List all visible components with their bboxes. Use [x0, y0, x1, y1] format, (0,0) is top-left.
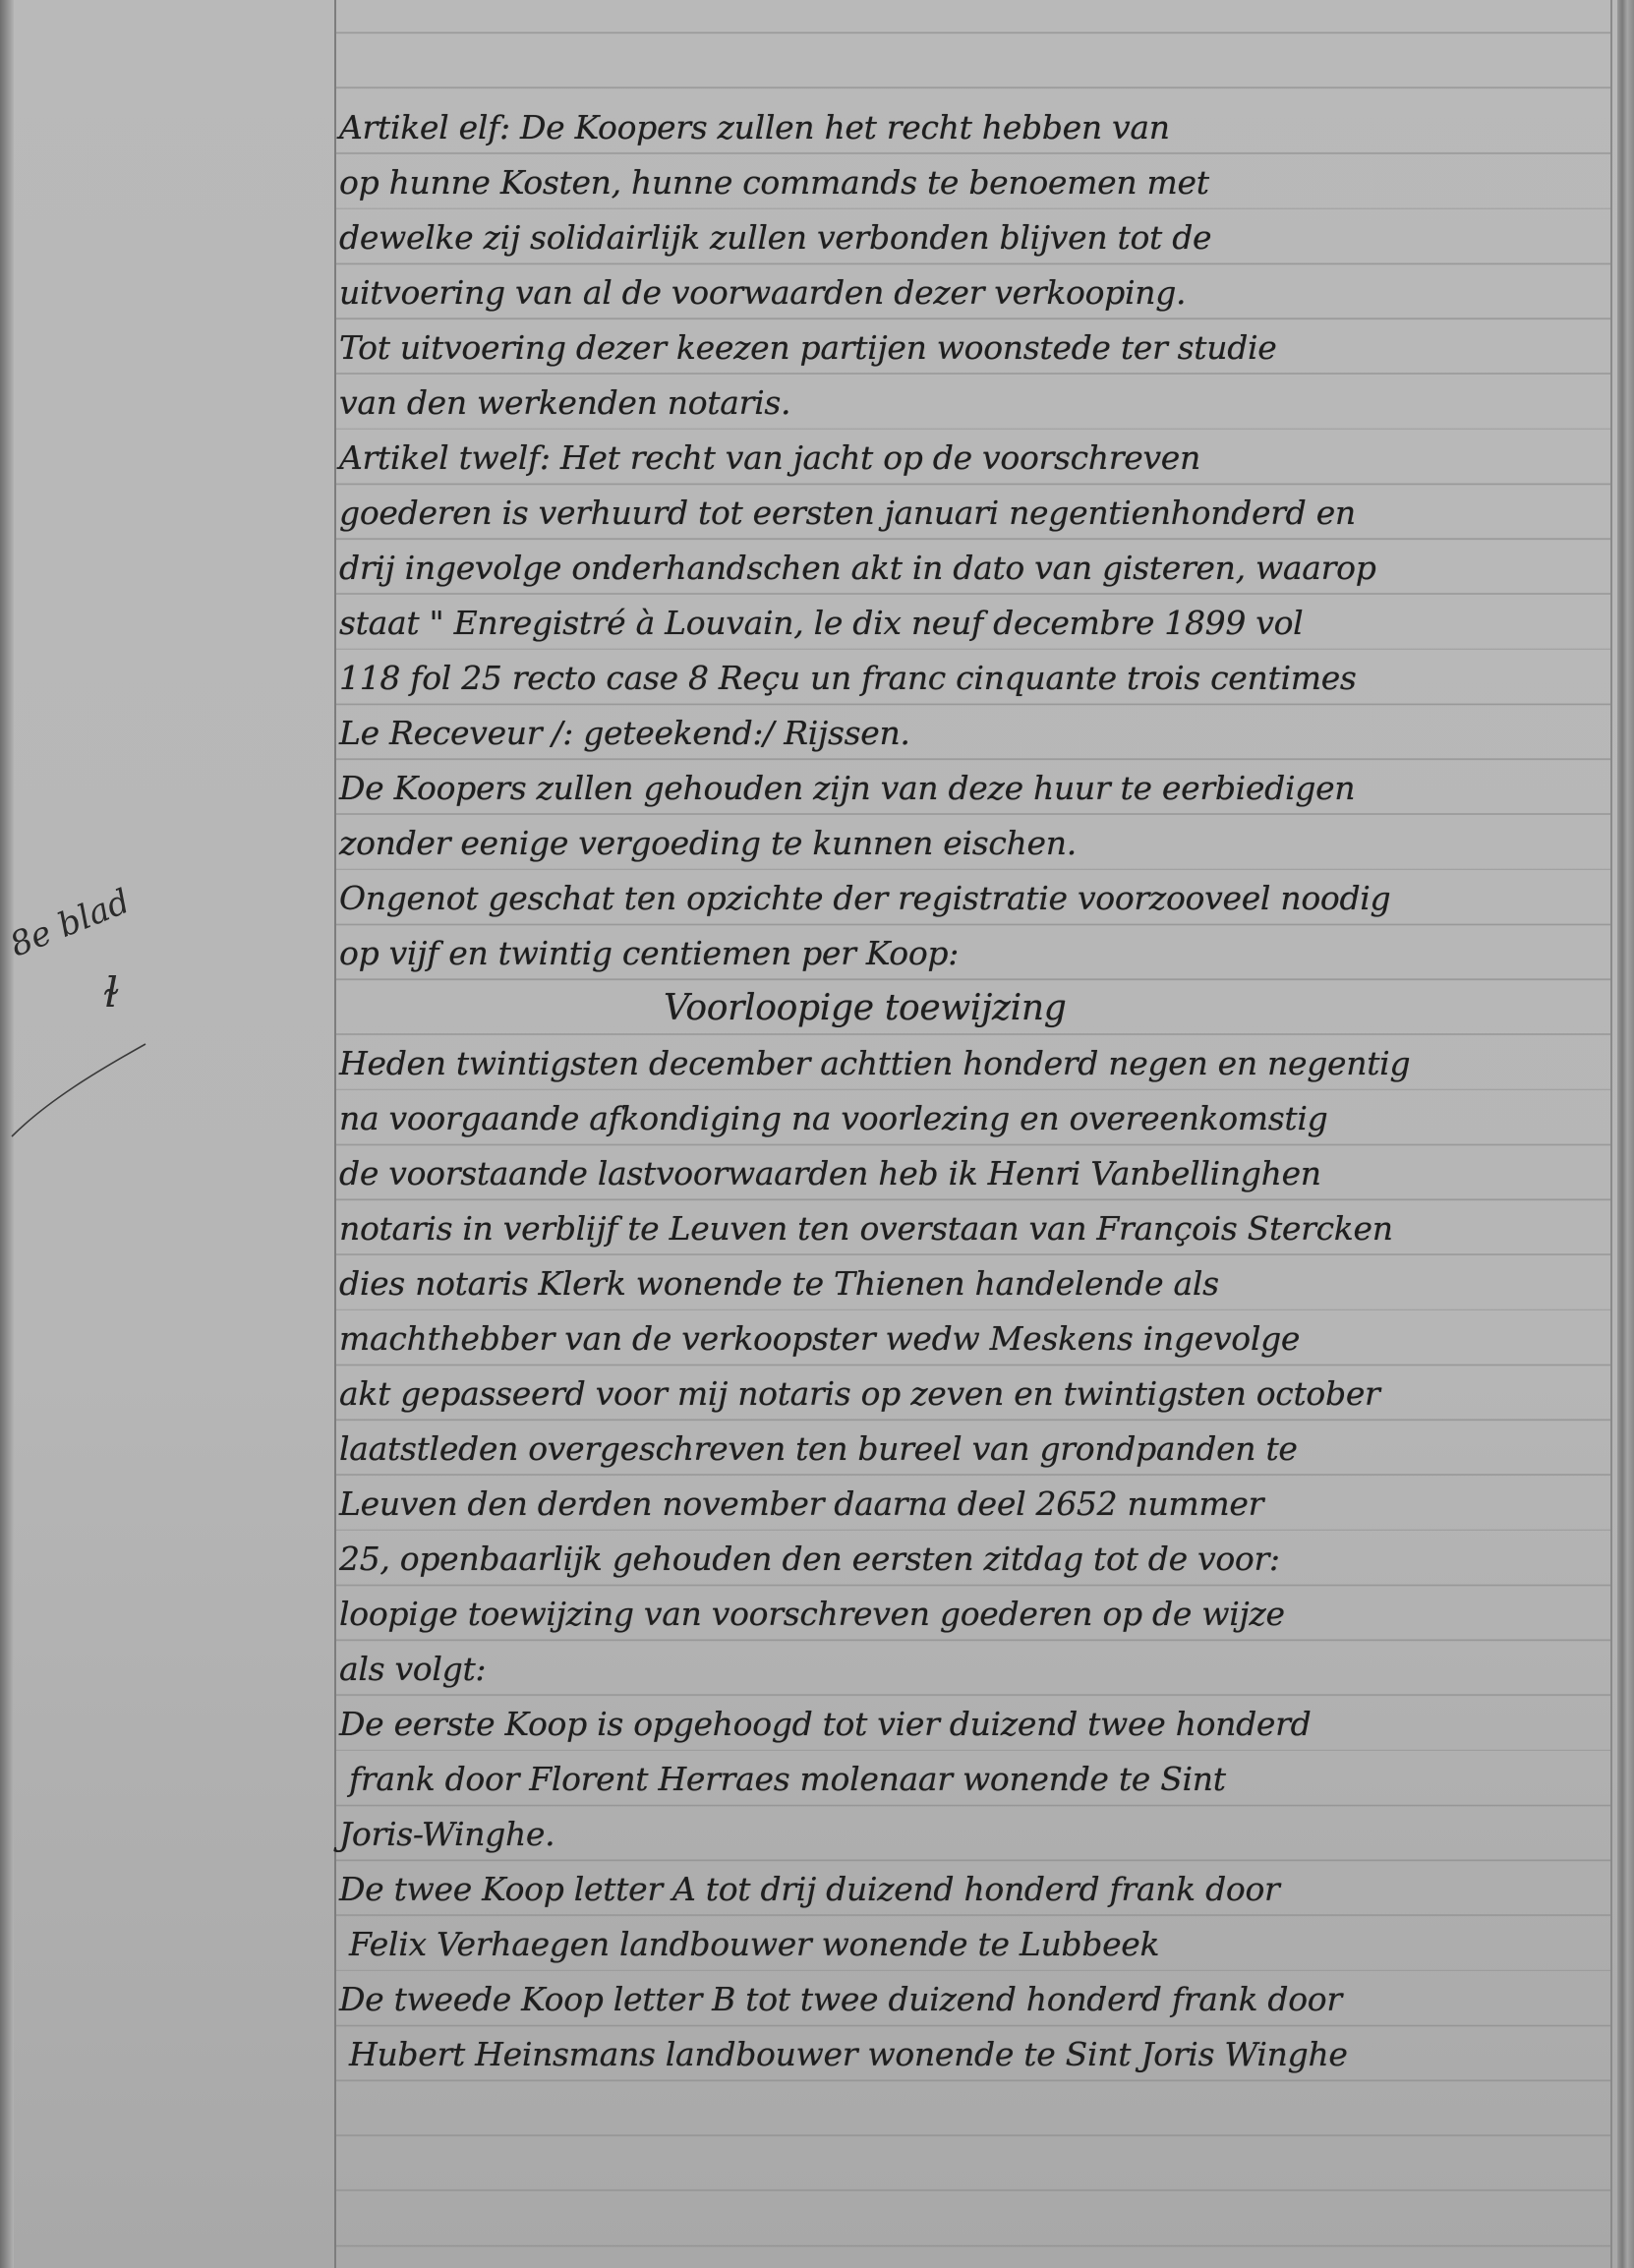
text-line: Hubert Heinsmans landbouwer wonende te S…	[339, 2027, 1607, 2082]
text-line: Joris-Winghe.	[339, 1807, 1607, 1862]
text-line: Heden twintigsten december achttien hond…	[339, 1036, 1607, 1091]
text-line: op hunne Kosten, hunne commands te benoe…	[339, 155, 1607, 210]
text-line: laatstleden overgeschreven ten bureel va…	[339, 1422, 1607, 1477]
text-line: Leuven den derden november daarna deel 2…	[339, 1477, 1607, 1532]
text-line: Artikel elf: De Koopers zullen het recht…	[339, 100, 1607, 155]
text-line: dewelke zij solidairlijk zullen verbonde…	[339, 210, 1607, 265]
register-page: 8e blad ɫ Artikel elf: De Koopers zullen…	[0, 0, 1634, 2268]
text-line: De tweede Koop letter B tot twee duizend…	[339, 1972, 1607, 2027]
margin-rule	[334, 0, 336, 2268]
text-line: loopige toewijzing van voorschreven goed…	[339, 1587, 1607, 1642]
text-line: zonder eenige vergoeding te kunnen eisch…	[339, 816, 1607, 871]
text-line: De Koopers zullen gehouden zijn van deze…	[339, 761, 1607, 816]
text-line: drij ingevolge onderhandschen akt in dat…	[339, 541, 1607, 596]
text-line: notaris in verblijf te Leuven ten overst…	[339, 1201, 1607, 1256]
text-line: staat " Enregistré à Louvain, le dix neu…	[339, 596, 1607, 651]
text-line: De eerste Koop is opgehoogd tot vier dui…	[339, 1697, 1607, 1752]
text-line: Ongenot geschat ten opzichte der registr…	[339, 871, 1607, 926]
right-margin-rule	[1610, 0, 1612, 2268]
page-right-edge	[1617, 0, 1634, 2268]
text-line: goederen is verhuurd tot eersten januari…	[339, 486, 1607, 541]
text-line: Felix Verhaegen landbouwer wonende te Lu…	[339, 1917, 1607, 1972]
text-line: de voorstaande lastvoorwaarden heb ik He…	[339, 1146, 1607, 1201]
text-line: Le Receveur /: geteekend:/ Rijssen.	[339, 706, 1607, 761]
text-line: na voorgaande afkondiging na voorlezing …	[339, 1091, 1607, 1146]
margin-paraph: ɫ	[103, 968, 119, 1017]
text-line: Tot uitvoering dezer keezen partijen woo…	[339, 320, 1607, 376]
text-line: machthebber van de verkoopster wedw Mesk…	[339, 1311, 1607, 1367]
text-line: van den werkenden notaris.	[339, 376, 1607, 431]
text-line: Artikel twelf: Het recht van jacht op de…	[339, 431, 1607, 486]
text-line: op vijf en twintig centiemen per Koop:	[339, 926, 1607, 981]
text-line: 118 fol 25 recto case 8 Reçu un franc ci…	[339, 651, 1607, 706]
text-line: dies notaris Klerk wonende te Thienen ha…	[339, 1256, 1607, 1311]
text-line: uitvoering van al de voorwaarden dezer v…	[339, 265, 1607, 320]
text-line: als volgt:	[339, 1642, 1607, 1697]
margin-flourish-stroke	[8, 1032, 165, 1140]
text-line: akt gepasseerd voor mij notaris op zeven…	[339, 1367, 1607, 1422]
text-line: De twee Koop letter A tot drij duizend h…	[339, 1862, 1607, 1917]
section-heading: Voorloopige toewijzing	[339, 981, 1607, 1036]
text-line: 25, openbaarlijk gehouden den eersten zi…	[339, 1532, 1607, 1587]
deed-text: Artikel elf: De Koopers zullen het recht…	[339, 100, 1607, 2082]
text-line: frank door Florent Herraes molenaar wone…	[339, 1752, 1607, 1807]
